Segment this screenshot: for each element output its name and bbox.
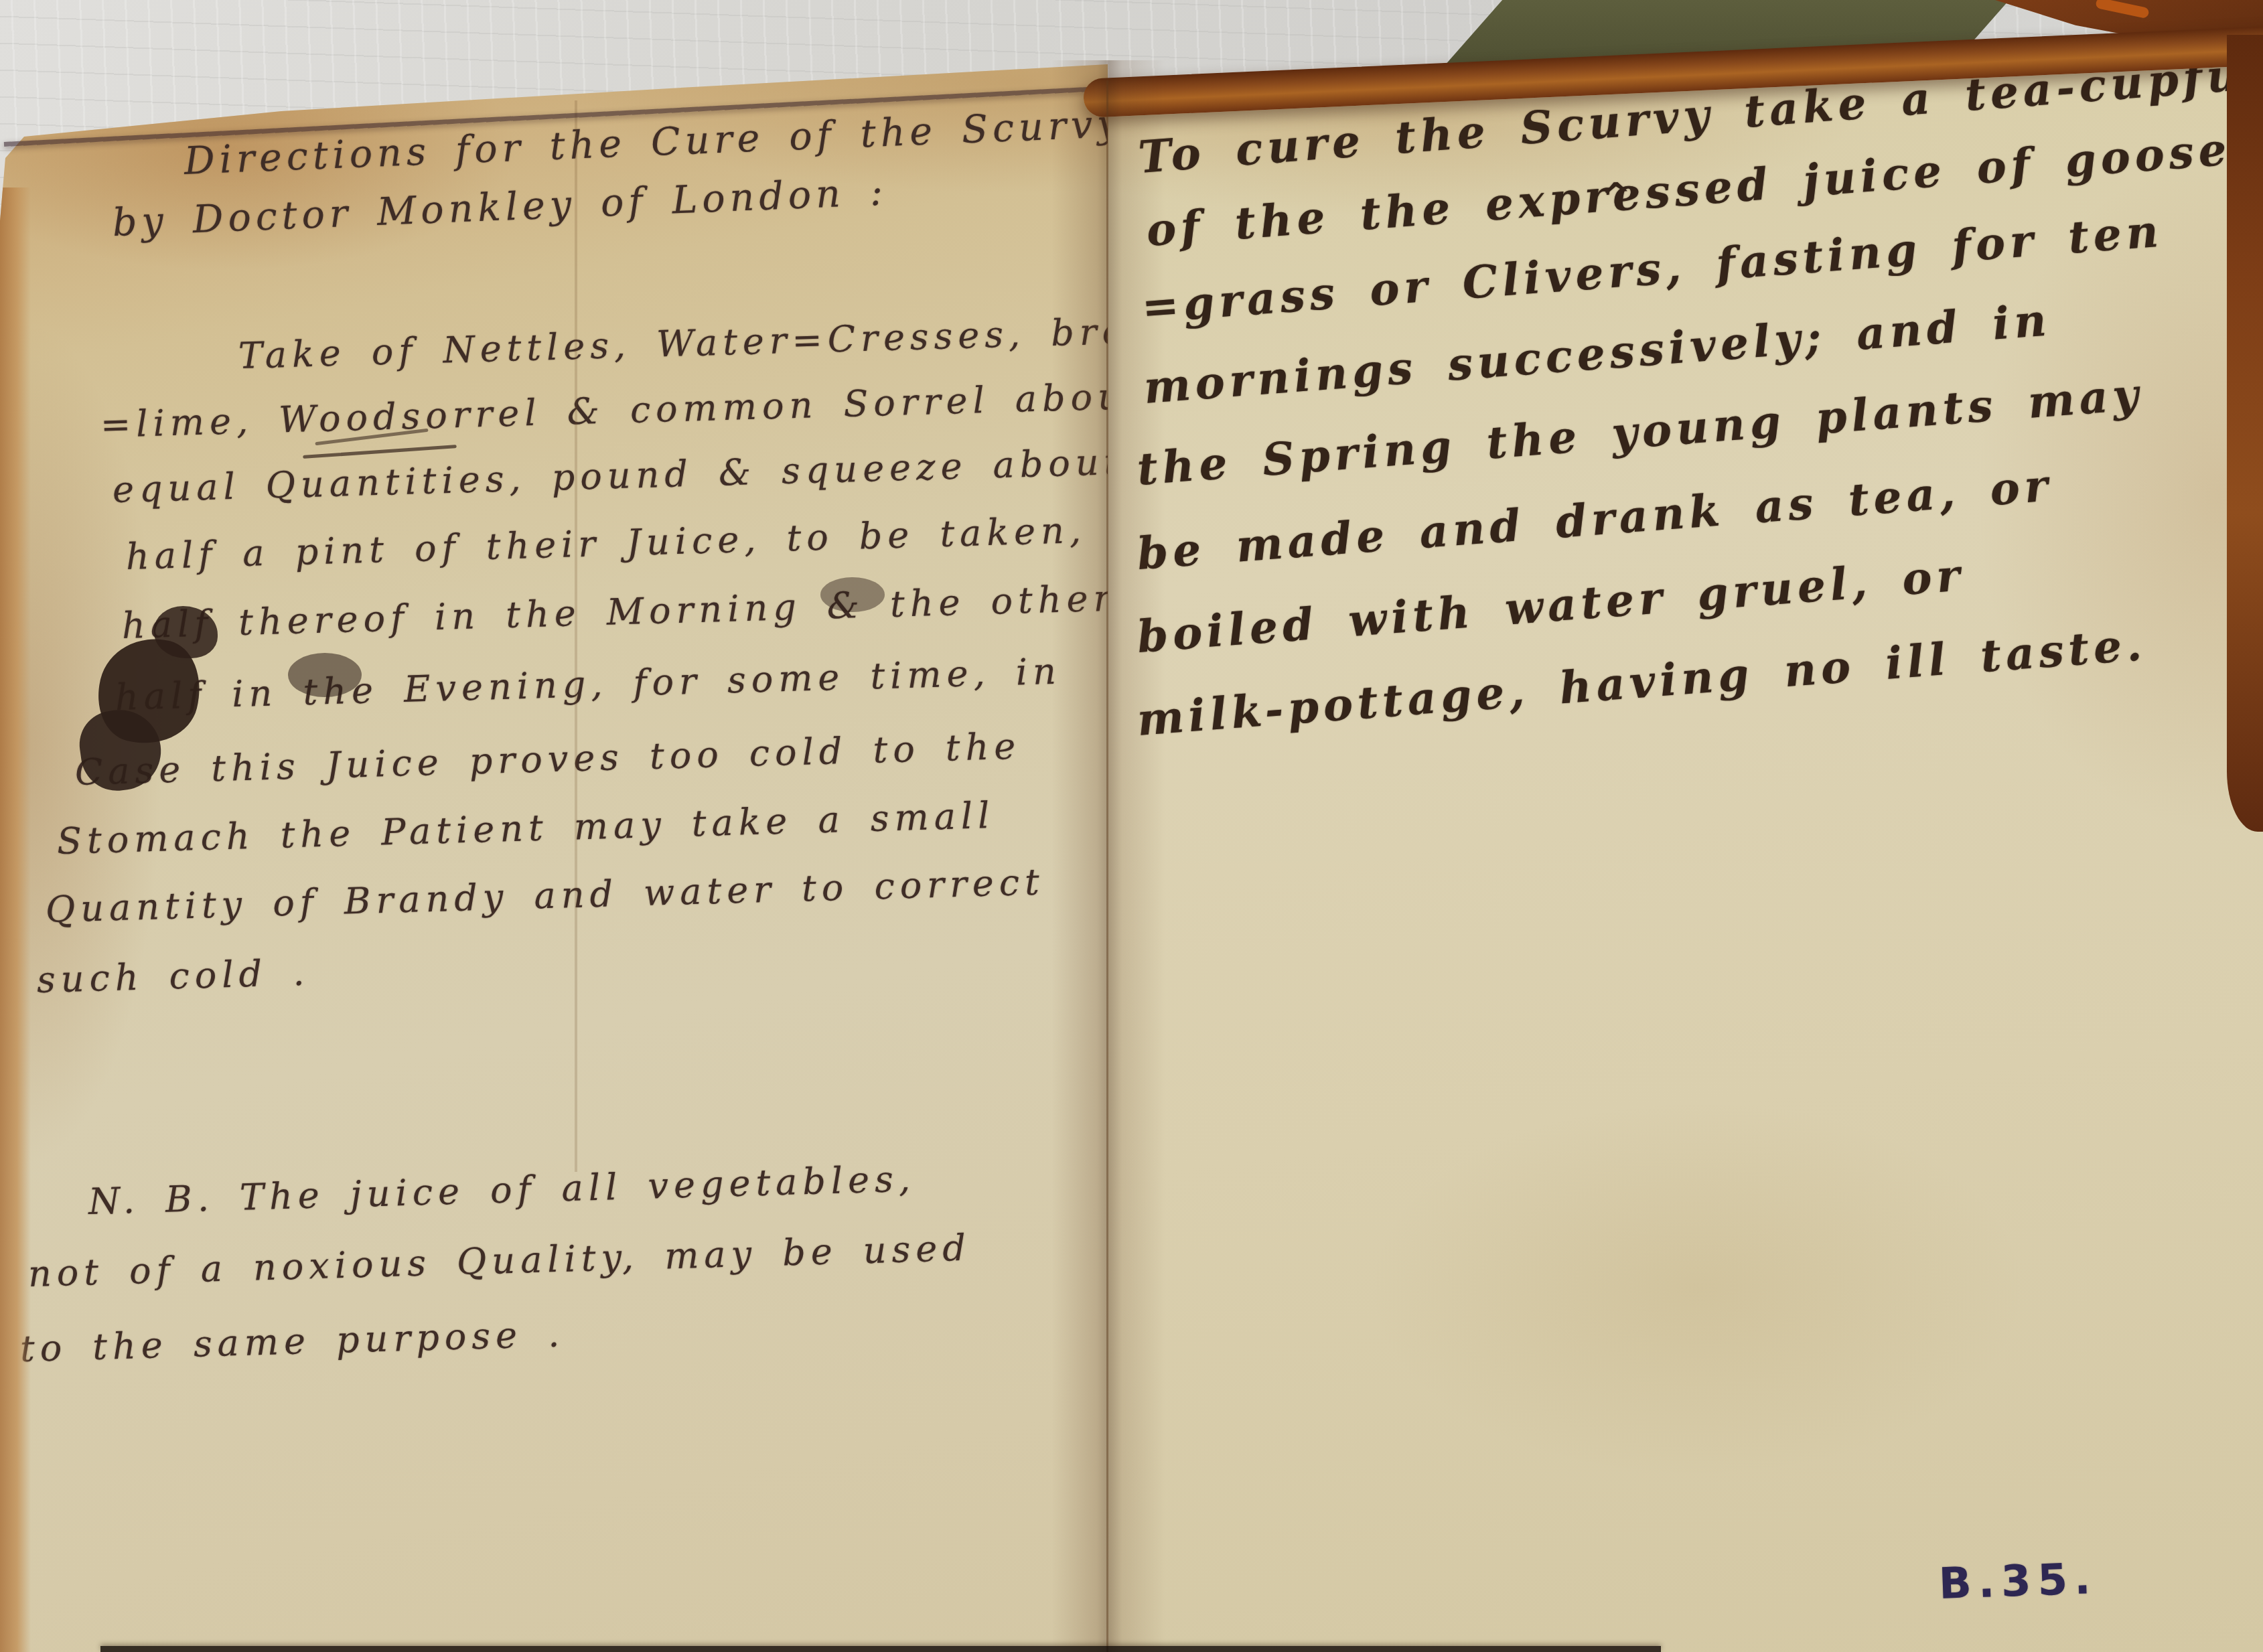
gutter-crease	[1106, 80, 1108, 1652]
manuscript-line: half a pint of their Juice, to be taken,	[125, 509, 1087, 578]
shelfmark-label: B.35.	[1938, 1554, 2098, 1609]
manuscript-line: equal Quantities, pound & squeeze about	[112, 441, 1124, 511]
nota-bene-line: to the same purpose .	[19, 1312, 565, 1370]
manuscript-line: half in the Evening, for some time, in	[115, 650, 1062, 719]
gutter-shadow	[1051, 60, 1165, 1652]
nota-bene-line: not of a noxious Quality, may be used	[27, 1227, 971, 1295]
manuscript-line: Case this Juice proves too cold to the	[74, 725, 1021, 794]
manuscript-photo: in hands or face &c ^ To cure the Scurvy…	[0, 0, 2263, 1652]
ink-smudge	[288, 653, 362, 697]
nota-bene-line: N. B. The juice of all vegetables,	[88, 1158, 916, 1223]
manuscript-line: =lime, Woodsorrel & common Sorrel about	[100, 374, 1147, 446]
manuscript-line: Quantity of Brandy and water to correct	[45, 860, 1045, 931]
page-edge	[0, 187, 31, 1652]
page-fold-crease	[575, 100, 577, 1172]
manuscript-line: such cold .	[36, 952, 310, 1001]
ink-smudge	[820, 577, 885, 612]
page-bottom-edge	[100, 1646, 1661, 1652]
strikethrough-correction	[303, 445, 457, 459]
leather-spine-right	[2227, 35, 2263, 832]
title-line: Directions for the Cure of the Scurvy	[184, 102, 1124, 183]
manuscript-line: half thereof in the Morning & the other	[121, 577, 1116, 647]
manuscript-line: Stomach the Patient may take a small	[56, 794, 995, 862]
